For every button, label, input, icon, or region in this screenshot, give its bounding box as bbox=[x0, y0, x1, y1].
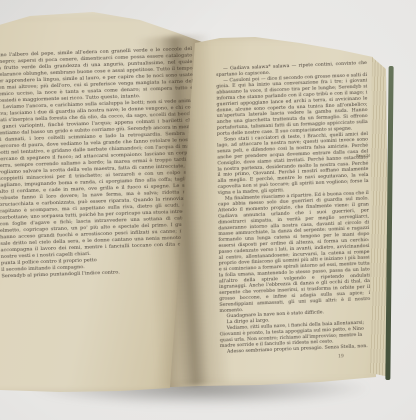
book-cover-edge bbox=[385, 66, 393, 380]
right-page-paragraphs: — Gadiava salawa* salawa — ripete contin… bbox=[216, 60, 370, 314]
text-line: Ma finalmente riusciamo a ripartire. Ed … bbox=[218, 190, 371, 314]
open-book-photo: mino l'albero del pepe, simile all'edera… bbox=[0, 0, 416, 420]
right-page-closing: Guadagnare la nave non è stato difficile… bbox=[219, 308, 370, 355]
text-line: Sono stati i cacciatori di teste, i Brac… bbox=[217, 131, 369, 196]
text-line: — Casuloni poi — dice il secondo con gro… bbox=[216, 72, 368, 137]
page-number: 19 bbox=[338, 353, 353, 359]
right-page-text: — Gadiava salawa* salawa — ripete contin… bbox=[216, 66, 368, 366]
